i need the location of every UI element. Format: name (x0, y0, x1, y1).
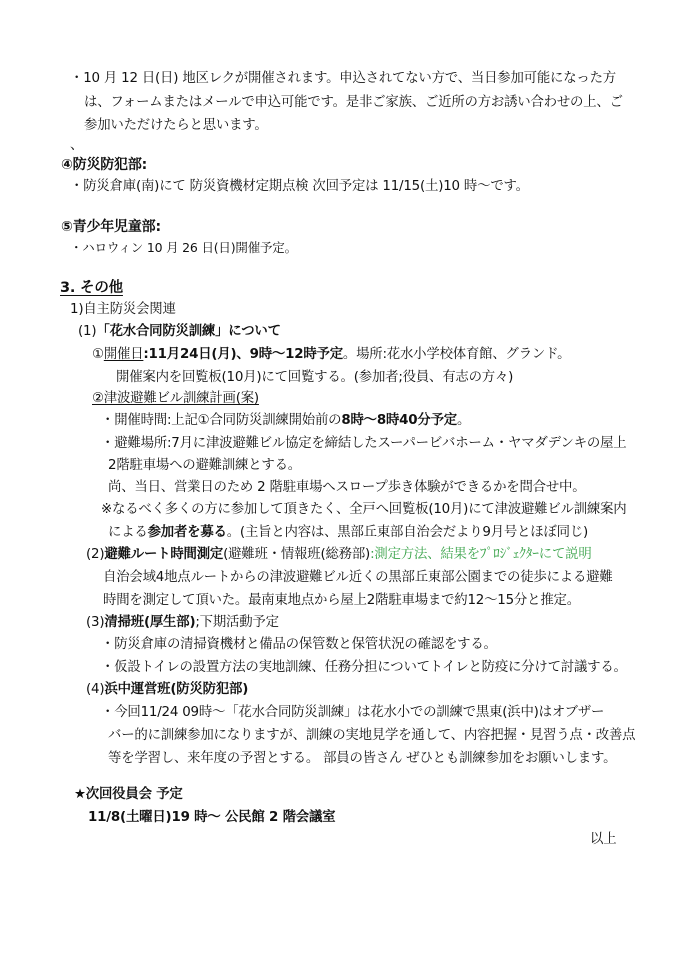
time-end: 。 (457, 413, 470, 428)
section-other-heading: 3. その他 (60, 281, 123, 296)
drill-title: (1)「花水合同防災訓練」について (78, 325, 281, 338)
drill-title-text: 「花水合同防災訓練」について (96, 324, 280, 339)
route-owner: (避難班・情報班(総務部) (223, 547, 370, 562)
hamanaka-num: (4) (86, 682, 104, 697)
tsunami-call-line-1: ※なるべく多くの方に参加して頂きたく、全戸へ回覧板(10月)にて津波避難ビル訓練… (101, 503, 627, 516)
subsection-self-defense: 1)自主防災会関連 (70, 303, 176, 316)
route-title-text: 避難ルート時間測定 (104, 547, 223, 562)
route-green-note: :測定方法、結果をﾌﾟﾛｼﾞｪｸﾀｰにて説明 (370, 547, 591, 562)
hamanaka-title-text: 浜中運営班(防災防犯部) (104, 682, 248, 697)
date-value: :11月24日(月)、9時～12時予定 (143, 347, 343, 362)
time-label: ・開催時間:上記①合同防災訓練開始前の (101, 413, 341, 428)
call-bold: 参加者を募る (148, 525, 227, 540)
cleaning-num: (3) (86, 615, 104, 630)
section5-heading: ⑤青少年児童部: (61, 220, 161, 234)
cleaning-plan: ;下期活動予定 (195, 615, 278, 630)
hamanaka-line-2: バー的に訓練参加になりますが、訓練の実地見学を通して、内容把握・見習う点・改善点 (108, 729, 635, 742)
call-post: 。(主旨と内容は、黒部丘東部自治会だより9月号とほぼ同じ) (227, 525, 588, 540)
call-pre: による (108, 525, 148, 540)
next-meeting-heading: ★次回役員会 予定 (74, 788, 183, 801)
intro-line-1: ・10 月 12 日(日) 地区レクが開催されます。申込されてない方で、当日参加… (70, 72, 616, 85)
section4-heading: ④防災防犯部: (61, 158, 147, 172)
tsunami-place-line-1: ・避難場所:7月に津波避難ビル協定を締結したスーパービバホーム・ヤマダデンキの屋… (101, 437, 626, 450)
section5-item: ・ハロウィン 10 月 26 日(日)開催予定。 (70, 242, 297, 255)
time-value: 8時～8時40分予定 (341, 413, 457, 428)
cleaning-item-1: ・防災倉庫の清掃資機材と備品の保管数と保管状況の確認をする。 (101, 638, 497, 651)
next-meeting-detail: 11/8(土曜日)19 時～ 公民館 2 階会議室 (88, 811, 335, 824)
tsunami-plan-title: ②津波避難ビル訓練計画(案) (92, 392, 259, 405)
route-title: (2)避難ルート時間測定(避難班・情報班(総務部):測定方法、結果をﾌﾟﾛｼﾞｪ… (86, 548, 592, 561)
intro-line-2: は、フォームまたはメールで申込可能です。是非ご家族、ご近所の方お誘い合わせの上、… (84, 96, 623, 109)
drill-notice-line: 開催案内を回覧板(10月)にて回覧する。(参加者;役員、有志の方々) (116, 371, 513, 384)
drill-num: (1) (78, 324, 96, 339)
route-line-2: 時間を測定して頂いた。最南東地点から屋上2階駐車場まで約12～15分と推定。 (103, 594, 580, 607)
drill-date-line: ①開催日:11月24日(月)、9時～12時予定。場所:花水小学校体育館、グランド… (92, 348, 570, 361)
cleaning-title-text: 清掃班(厚生部) (104, 615, 195, 630)
tsunami-call-line-2: による参加者を募る。(主旨と内容は、黒部丘東部自治会だより9月号とほぼ同じ) (108, 526, 588, 539)
stray-mark: 、 (70, 139, 83, 152)
hamanaka-line-3: 等を学習し、来年度の予習とする。 部員の皆さん ぜひとも訓練参加をお願いします。 (108, 752, 616, 765)
tsunami-note: 尚、当日、営業日のため 2 階駐車場へスロープ歩き体験ができるかを問合せ中。 (108, 481, 585, 494)
tsunami-time-line: ・開催時間:上記①合同防災訓練開始前の8時～8時40分予定。 (101, 414, 470, 427)
route-num: (2) (86, 547, 104, 562)
section4-item: ・防災倉庫(南)にて 防災資機材定期点検 次回予定は 11/15(土)10 時～… (70, 180, 529, 193)
cleaning-title: (3)清掃班(厚生部);下期活動予定 (86, 616, 279, 629)
route-line-1: 自治会域4地点ルートからの津波避難ビル近くの黒部丘東部公園までの徒歩による避難 (103, 571, 613, 584)
date-label: 開催日 (104, 347, 144, 362)
hamanaka-title: (4)浜中運営班(防災防犯部) (86, 683, 248, 696)
hamanaka-line-1: ・今回11/24 09時～「花水合同防災訓練」は花水小での訓練で黒東(浜中)はオ… (101, 706, 604, 719)
closing-mark: 以上 (590, 833, 616, 846)
location: 。場所:花水小学校体育館、グランド。 (343, 347, 570, 362)
cleaning-item-2: ・仮設トイレの設置方法の実地訓練、任務分担についてトイレと防疫に分けて討議する。 (101, 661, 627, 674)
tsunami-place-line-2: 2階駐車場への避難訓練とする。 (108, 459, 301, 472)
item-num: ① (92, 347, 104, 362)
intro-line-3: 参加いただけたらと思います。 (84, 119, 268, 132)
